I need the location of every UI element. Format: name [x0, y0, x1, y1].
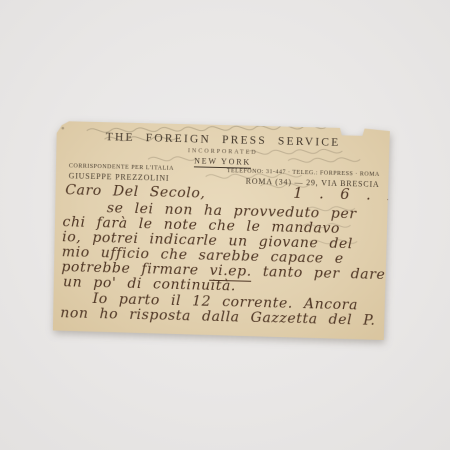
correspondent-label: CORRISPONDENTE PER L'ITALIA — [69, 163, 174, 172]
letterhead-city-text: NEW YORK — [194, 156, 251, 168]
letter-paper: THE FOREIGN PRESS SERVICE INCORPORATED N… — [52, 121, 390, 340]
body-line-5-post: tanto per dare — [252, 264, 386, 283]
letter-paper-wrapper: THE FOREIGN PRESS SERVICE INCORPORATED N… — [52, 121, 390, 340]
letter-date: 1 . 6 . 23 — [293, 186, 412, 205]
letter-photo-background: THE FOREIGN PRESS SERVICE INCORPORATED N… — [0, 0, 450, 450]
correspondent-name: GIUSEPPE PREZZOLINI — [69, 171, 174, 183]
salutation: Caro Del Secolo, — [65, 182, 206, 201]
letterhead-left-block: CORRISPONDENTE PER L'ITALIA GIUSEPPE PRE… — [69, 163, 174, 183]
